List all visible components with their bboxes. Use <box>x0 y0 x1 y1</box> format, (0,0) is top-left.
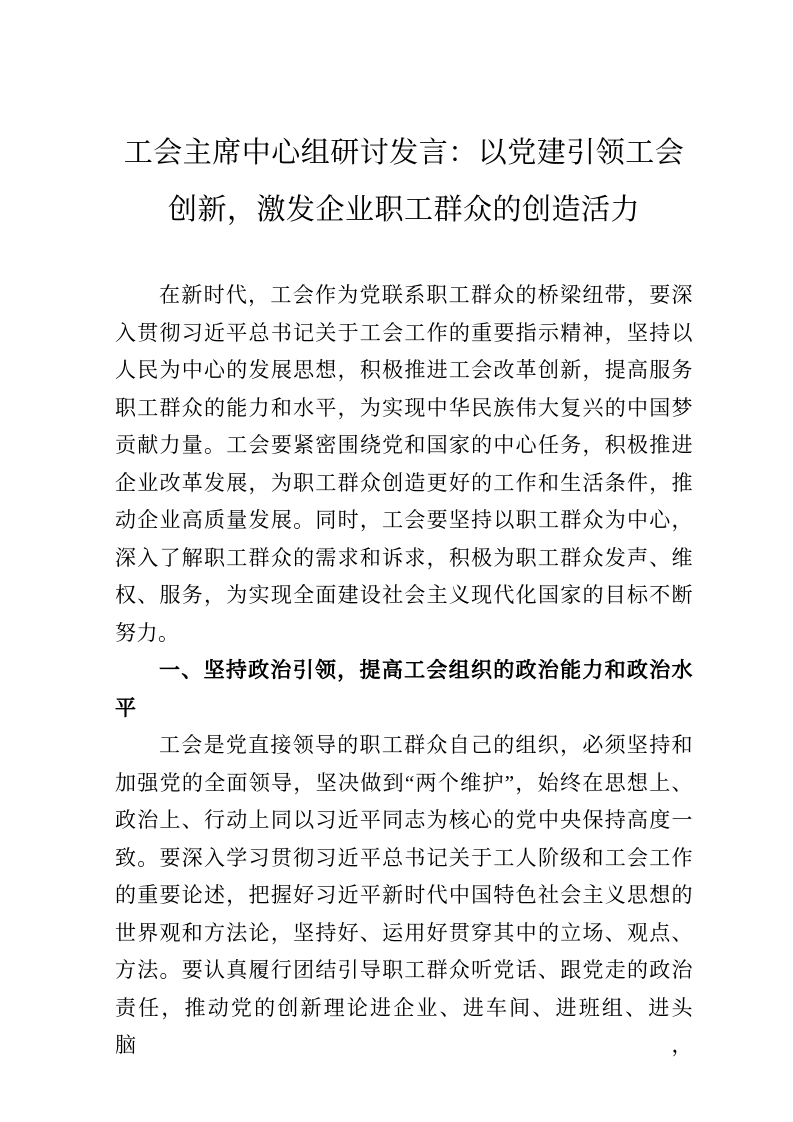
section-1-paragraph: 工会是党直接领导的职工群众自己的组织，必须坚持和加强党的全面领导，坚决做到“两个… <box>115 727 693 1065</box>
paragraph-line: 加强党的全面领导，坚决做到“两个维护”，始终在思想上、 <box>115 765 693 803</box>
paragraph-line: 政治上、行动上同以习近平同志为核心的党中央保持高度一 <box>115 802 693 840</box>
paragraph-line: 责任，推动党的创新理论进企业、进车间、进班组、进头脑， <box>115 990 693 1065</box>
document-title: 工会主席中心组研讨发言：以党建引领工会创新，激发企业职工群众的创造活力 <box>115 125 693 239</box>
paragraph-line: 工会是党直接领导的职工群众自己的组织，必须坚持和 <box>115 727 693 765</box>
paragraph-line: 人民为中心的发展思想，积极推进工会改革创新，提高服务 <box>115 352 693 390</box>
title-line: 工会主席中心组研讨发言：以党建引领工会 <box>115 125 693 182</box>
paragraph-line: 致。要深入学习贯彻习近平总书记关于工人阶级和工会工作 <box>115 840 693 878</box>
heading-line: 平 <box>115 690 693 728</box>
paragraph-line: 动企业高质量发展。同时，工会要坚持以职工群众为中心， <box>115 502 693 540</box>
heading-line: 一、坚持政治引领，提高工会组织的政治能力和政治水 <box>115 652 693 690</box>
paragraph-line: 世界观和方法论，坚持好、运用好贯穿其中的立场、观点、 <box>115 915 693 953</box>
paragraph-line: 的重要论述，把握好习近平新时代中国特色社会主义思想的 <box>115 877 693 915</box>
paragraph-line: 贡献力量。工会要紧密围绕党和国家的中心任务，积极推进 <box>115 427 693 465</box>
paragraph-line: 方法。要认真履行团结引导职工群众听党话、跟党走的政治 <box>115 952 693 990</box>
paragraph-line: 企业改革发展，为职工群众创造更好的工作和生活条件，推 <box>115 465 693 503</box>
paragraph-line: 职工群众的能力和水平，为实现中华民族伟大复兴的中国梦 <box>115 390 693 428</box>
paragraph-line: 努力。 <box>115 615 693 653</box>
paragraph-line: 在新时代，工会作为党联系职工群众的桥梁纽带，要深 <box>115 277 693 315</box>
document-page: 工会主席中心组研讨发言：以党建引领工会创新，激发企业职工群众的创造活力 在新时代… <box>0 0 793 1122</box>
paragraph-line: 深入了解职工群众的需求和诉求，积极为职工群众发声、维 <box>115 540 693 578</box>
title-line: 创新，激发企业职工群众的创造活力 <box>115 182 693 239</box>
document-body: 在新时代，工会作为党联系职工群众的桥梁纽带，要深入贯彻习近平总书记关于工会工作的… <box>115 277 693 1065</box>
paragraph-line: 权、服务，为实现全面建设社会主义现代化国家的目标不断 <box>115 577 693 615</box>
paragraph-line: 入贯彻习近平总书记关于工会工作的重要指示精神，坚持以 <box>115 315 693 353</box>
section-1-heading: 一、坚持政治引领，提高工会组织的政治能力和政治水平 <box>115 652 693 727</box>
intro-paragraph: 在新时代，工会作为党联系职工群众的桥梁纽带，要深入贯彻习近平总书记关于工会工作的… <box>115 277 693 652</box>
